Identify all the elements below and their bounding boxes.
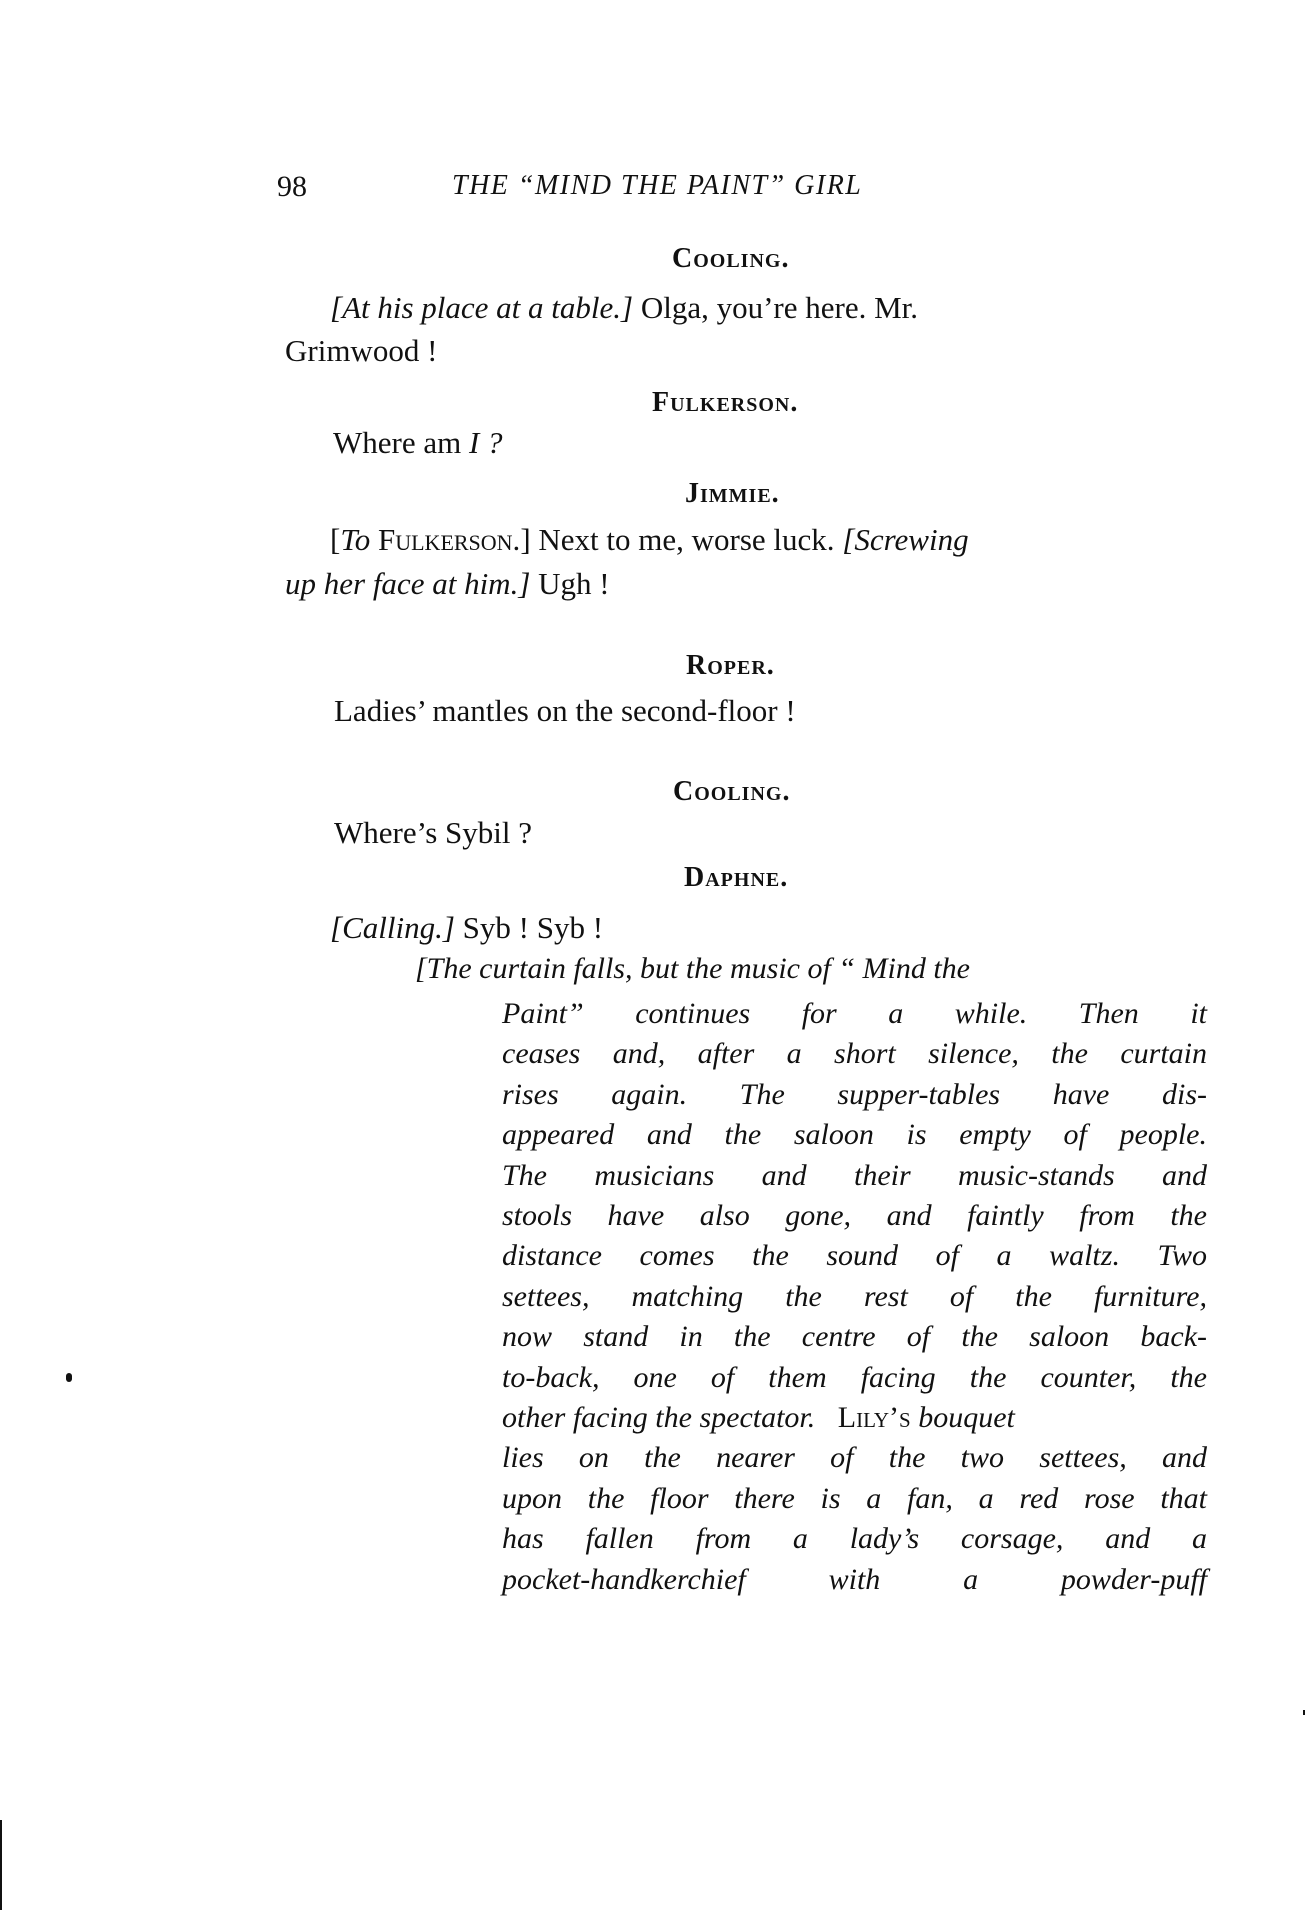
stage-direction-line: appeared and the saloon is empty of peop… (502, 1115, 1207, 1155)
stage-direction-line: now stand in the centre of the saloon ba… (502, 1317, 1207, 1357)
stage-direction-line: ceases and, after a short silence, the c… (502, 1034, 1207, 1074)
speech-text: Next to me, worse luck. (531, 522, 843, 557)
stage-direction-line: to-back, one of them facing the counter,… (502, 1358, 1207, 1398)
stage-direction-inline: up her face at him.] (285, 566, 530, 601)
stage-direction-line: other facing the spectator. Lily’s bouqu… (502, 1398, 1207, 1438)
running-title: THE “MIND THE PAINT” GIRL (452, 170, 862, 202)
dialogue-line: Grimwood ! (285, 333, 437, 369)
scan-edge-line (0, 1820, 2, 1910)
speech-text: Where’s Sybil ? (334, 815, 532, 850)
stage-direction-line: The musicians and their music-stands and (502, 1156, 1207, 1196)
dialogue-line: Ladies’ mantles on the second-floor ! (334, 693, 796, 729)
speech-emphasis: I ? (469, 425, 503, 460)
stage-direction-line: rises again. The supper-tables have dis- (502, 1075, 1207, 1115)
speaker-name: Cooling. (672, 243, 789, 275)
stage-direction-line: distance comes the sound of a waltz. Two (502, 1236, 1207, 1276)
stage-direction-line: lies on the nearer of the two settees, a… (502, 1438, 1207, 1478)
speaker-name: Fulkerson. (652, 387, 798, 419)
stage-direction-first-line: [The curtain falls, but the music of “ M… (415, 952, 970, 986)
speech-text: Ladies’ mantles on the second-floor ! (334, 693, 796, 728)
character-name: Lily’s (838, 1401, 911, 1434)
dialogue-line: [Calling.] Syb ! Syb ! (330, 910, 603, 946)
stage-direction-text: bouquet (911, 1401, 1015, 1434)
speech-text: Grimwood ! (285, 333, 437, 368)
stage-direction-line: has fallen from a lady’s corsage, and a (502, 1519, 1207, 1559)
dialogue-line: [To Fulkerson.] Next to me, worse luck. … (330, 522, 969, 558)
bracket: ] (520, 522, 530, 557)
scan-speck (1303, 1710, 1305, 1715)
speech-text: Syb ! Syb ! (455, 910, 603, 945)
stage-direction-block: Paint” continues for a while. Then it ce… (502, 994, 1207, 1600)
stage-direction-line: stools have also gone, and faintly from … (502, 1196, 1207, 1236)
stage-direction-inline: [Screwing (842, 522, 968, 557)
dialogue-line: [At his place at a table.] Olga, you’re … (330, 290, 918, 326)
speech-text: Where am (333, 425, 469, 460)
stage-direction-text: other facing the spectator. (502, 1401, 815, 1434)
dialogue-line: Where am I ? (333, 425, 503, 461)
bracket: [ (330, 522, 340, 557)
stage-direction-inline: [At his place at a table.] (330, 290, 633, 325)
speaker-name: Daphne. (684, 862, 788, 894)
stage-direction-line: Paint” continues for a while. Then it (502, 994, 1207, 1034)
stage-direction-inline: To (340, 522, 370, 557)
dialogue-line: up her face at him.] Ugh ! (285, 566, 610, 602)
speech-text: Olga, you’re here. Mr. (633, 290, 918, 325)
scan-speck (66, 1373, 72, 1382)
stage-direction-line: pocket-handkerchief with a powder-puff (502, 1560, 1207, 1600)
speaker-name: Jimmie. (685, 478, 780, 510)
page-header: 98 THE “MIND THE PAINT” GIRL (277, 170, 1037, 210)
page-number: 98 (277, 170, 307, 204)
speech-text: Ugh ! (530, 566, 609, 601)
stage-direction-line: upon the floor there is a fan, a red ros… (502, 1479, 1207, 1519)
character-name: Fulkerson. (370, 522, 520, 557)
speaker-name: Cooling. (673, 776, 790, 808)
stage-direction-line: settees, matching the rest of the furnit… (502, 1277, 1207, 1317)
dialogue-line: Where’s Sybil ? (334, 815, 532, 851)
speaker-name: Roper. (686, 650, 775, 682)
stage-direction-inline: [Calling.] (330, 910, 455, 945)
